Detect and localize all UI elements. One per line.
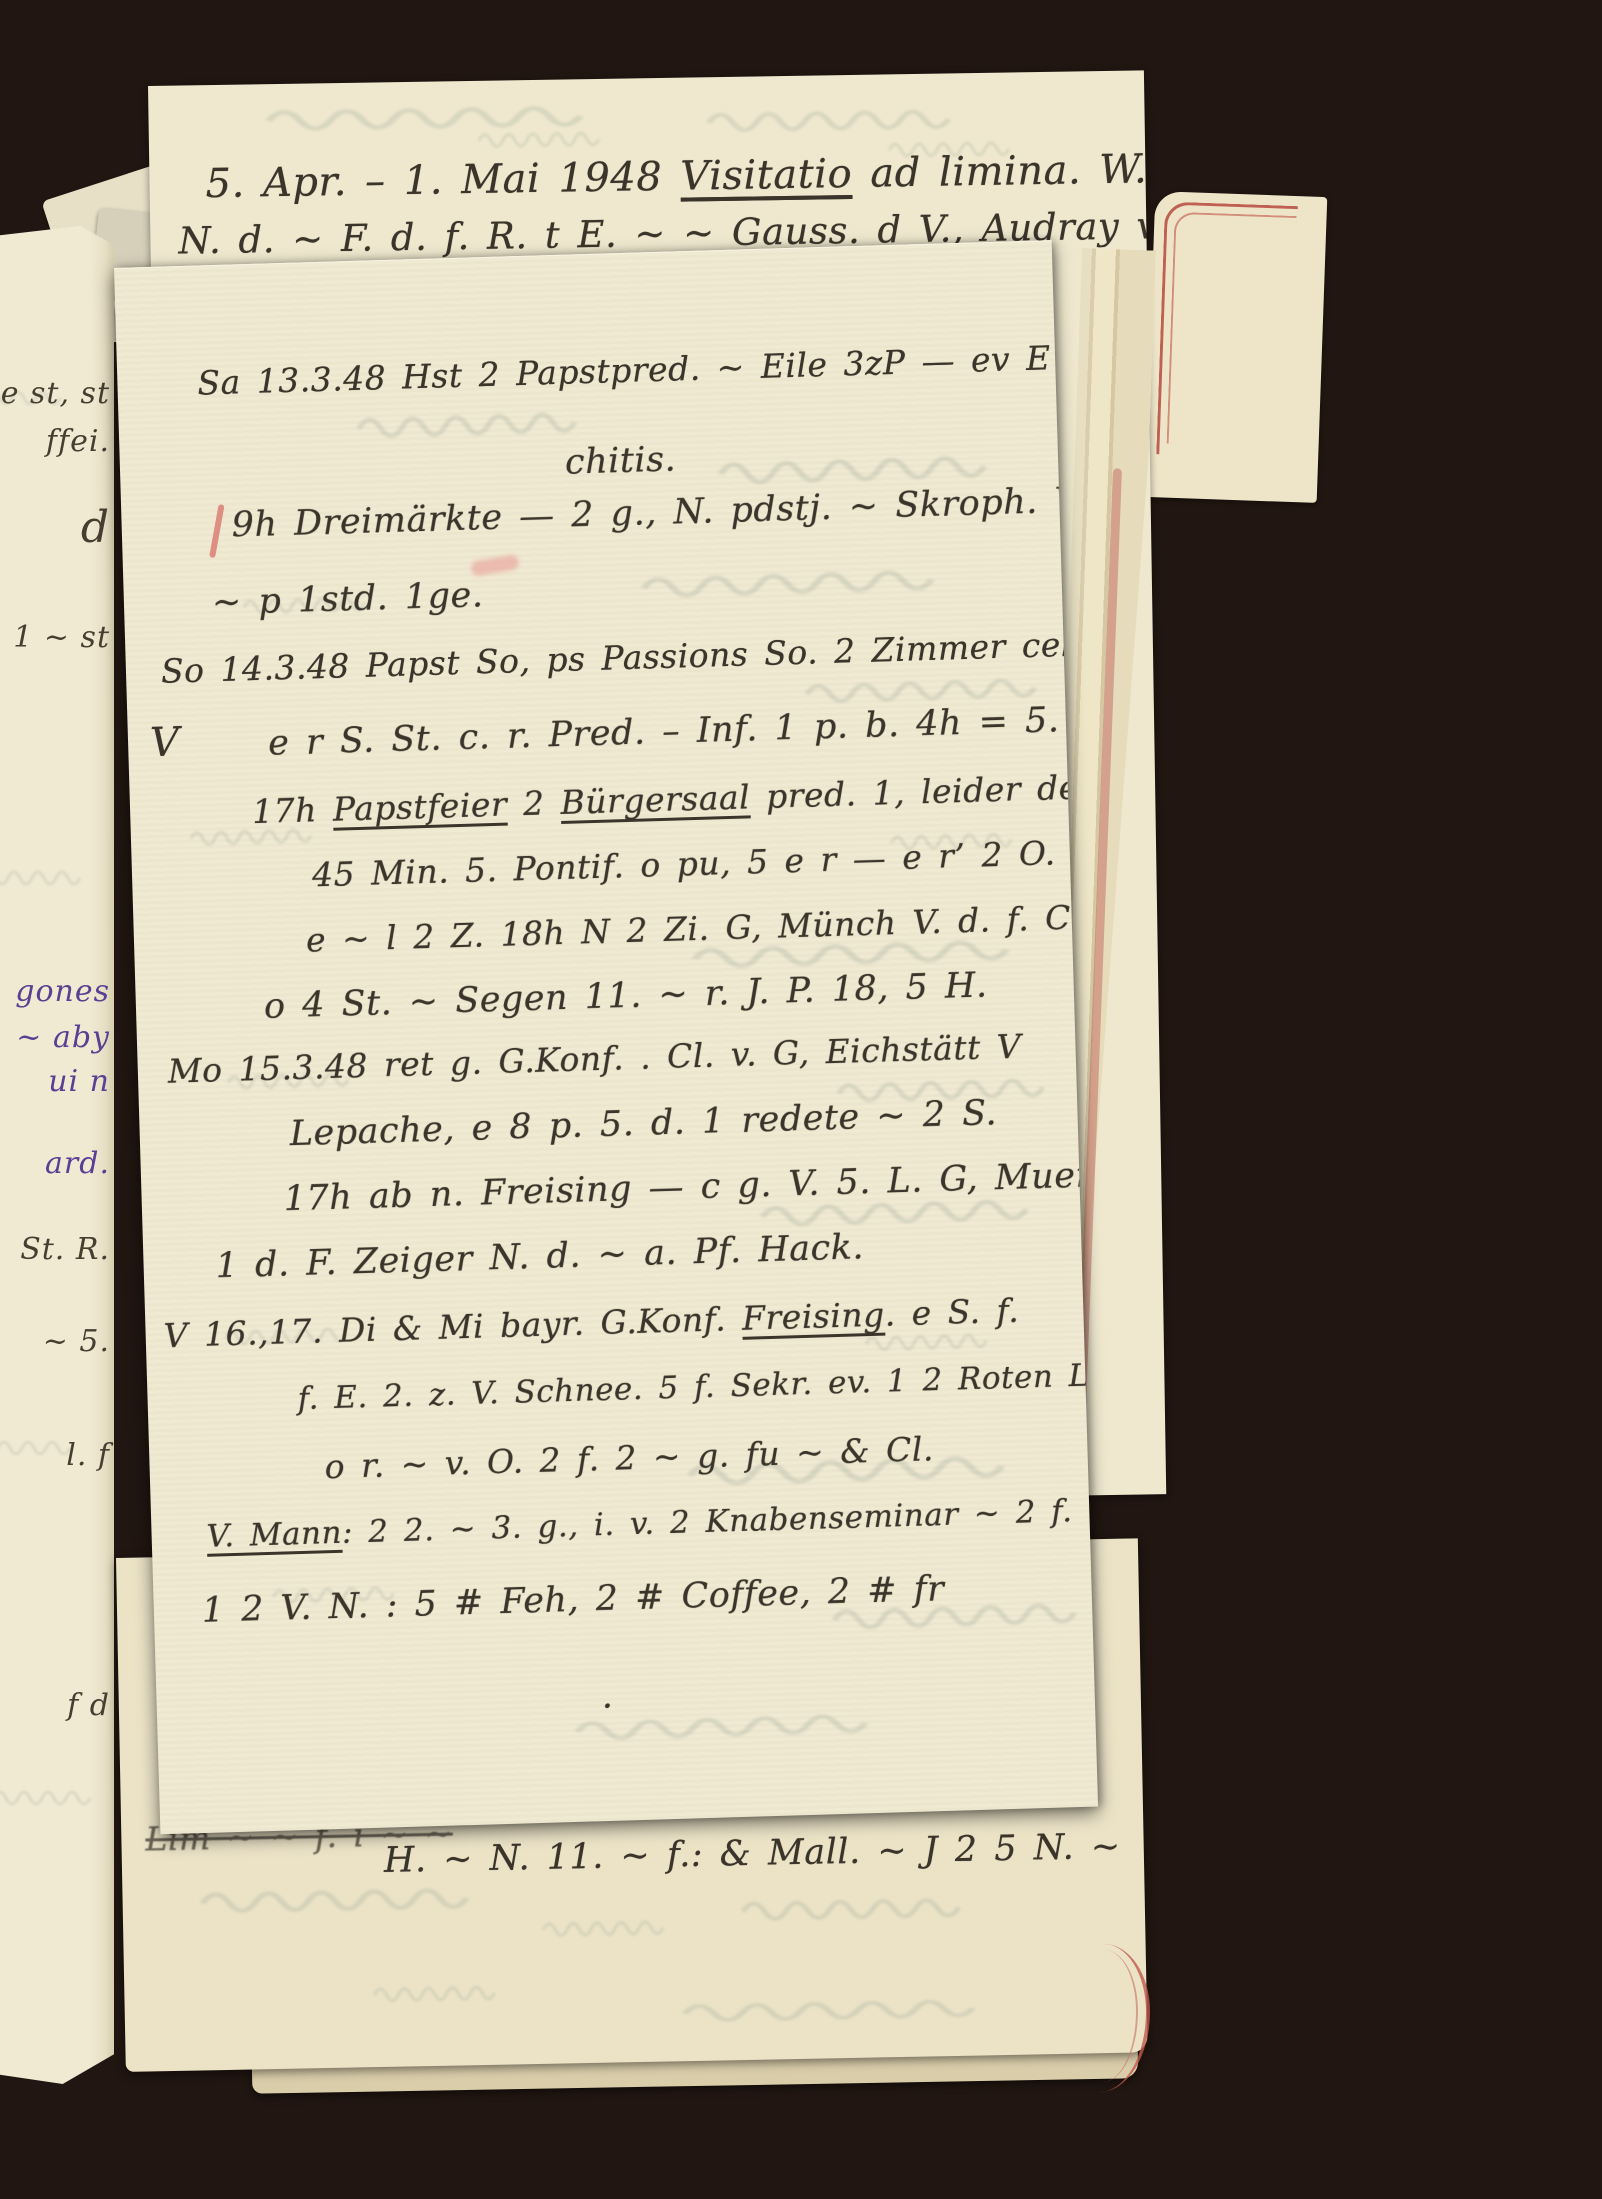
handwriting-fragment-purple: ui n xyxy=(48,1064,110,1099)
handwriting-fragment: e st, st xyxy=(1,376,110,411)
handwriting-fragment: ffei. xyxy=(46,424,110,459)
entry-v-mann: V. Mann: 2 2. ~ 3. g., i. v. 2 Knabensem… xyxy=(206,1491,1098,1555)
diary-text-underlined: Freising xyxy=(741,1295,885,1338)
diary-text: ad limina. W.d xyxy=(852,146,1167,197)
red-edged-page-corner xyxy=(1145,191,1328,503)
handwriting-fragment: l. f xyxy=(66,1438,110,1473)
red-pencil-mark xyxy=(209,504,225,558)
handwriting-fragment-purple: ~ aby xyxy=(16,1020,110,1055)
entry-line: o r. ~ v. O. 2 f. 2 ~ g. fu ~ & Cl. xyxy=(324,1429,934,1486)
ink-dot: · xyxy=(601,1687,614,1727)
diary-text: V 16.,17. Di & Mi bayr. G.Konf. xyxy=(163,1299,743,1355)
red-smudge xyxy=(470,554,520,577)
handwriting-fragment-purple: ard. xyxy=(45,1146,110,1181)
diary-text-underlined: Visitatio xyxy=(680,151,852,200)
entry-line: 17h ab n. Freising — c g. V. 5. L. G, Mu… xyxy=(283,1154,1098,1219)
entry-line: 1 d. F. Zeiger N. d. ~ a. Pf. Hack. xyxy=(215,1227,864,1286)
entry-line: o 4 St. ~ Segen 11. ~ r. J. P. 18, 5 H. xyxy=(263,965,988,1026)
diary-text-underlined: V. Mann xyxy=(206,1515,342,1555)
entry-line: 1 2 V. N. : 5 # Feh, 2 # Coffee, 2 # fr xyxy=(201,1569,945,1631)
diary-text: 5. Apr. – 1. Mai 1948 xyxy=(205,154,681,207)
photo-scene: e st, st ffei. d 1 ~ st gones ~ aby ui n… xyxy=(0,0,1602,2199)
diary-text: : 2 2. ~ 3. g., i. v. 2 Knabenseminar ~ … xyxy=(341,1491,1098,1551)
handwriting-fragment: 1 ~ st xyxy=(13,620,110,655)
entry-line: f. E. 2. z. V. Schnee. 5 f. Sekr. ev. 1 … xyxy=(297,1356,1098,1417)
margin-checkmark: V xyxy=(149,719,180,766)
entry-continuation: chitis. xyxy=(564,439,676,482)
entry-sa-13-3-48: Sa 13.3.48 Hst 2 Papstpred. ~ Eile 3zP —… xyxy=(197,335,1098,403)
diary-line-april: 5. Apr. – 1. Mai 1948 Visitatio ad limin… xyxy=(205,146,1166,207)
entry-mo-15-3-48: Mo 15.3.48 ret g. G.Konf. . Cl. v. G, Ei… xyxy=(167,1026,1021,1090)
diary-line-partial: H. ~ N. 11. ~ f.: & Mall. ~ J 2 5 N. ~ xyxy=(383,1827,1120,1881)
left-page-edge: e st, st ffei. d 1 ~ st gones ~ aby ui n… xyxy=(0,226,114,2084)
entry-line: ~ p 1std. 1ge. xyxy=(211,575,484,623)
red-edged-page-corner-bottom xyxy=(1068,1944,1150,2092)
diary-text: . e S. f. xyxy=(884,1291,1020,1334)
entry-line: e ~ l 2 Z. 18h N 2 Zi. G, Münch V. d. f.… xyxy=(305,894,1098,959)
diary-text: 17h xyxy=(252,790,334,831)
entry-line: Lepache, e 8 p. 5. d. 1 redete ~ 2 S. xyxy=(289,1093,997,1154)
entry-so-14-3-48: So 14.3.48 Papst So, ps Passions So. 2 Z… xyxy=(160,622,1098,690)
handwriting-fragment: ~ 5. xyxy=(43,1324,110,1359)
diary-text: 2 xyxy=(507,783,562,824)
diary-text-underlined: Papstfeier xyxy=(332,785,507,829)
handwriting-fragment: f d xyxy=(67,1688,110,1723)
handwriting-fragment: d xyxy=(81,502,110,553)
diary-text-underlined: Bürgersaal xyxy=(560,777,751,822)
diary-text: pred. 1, leider der xyxy=(749,767,1095,816)
diary-page: Sa 13.3.48 Hst 2 Papstpred. ~ Eile 3zP —… xyxy=(114,240,1098,1834)
entry-line: 9h Dreimärkte — 2 g., N. pdstj. ~ Skroph… xyxy=(231,478,1098,545)
entry-line: 45 Min. 5. Pontif. o pu, 5 e r — e r’ 2 … xyxy=(312,829,1099,894)
entry-papstfeier: 17h Papstfeier 2 Bürgersaal pred. 1, lei… xyxy=(252,767,1096,831)
entry-line: e r S. St. c. r. Pred. – Inf. 1 p. b. 4h… xyxy=(268,700,1060,763)
handwriting-fragment: St. R. xyxy=(20,1232,110,1267)
entry-16-17-konf: V 16.,17. Di & Mi bayr. G.Konf. Freising… xyxy=(163,1291,1019,1355)
handwriting-fragment-purple: gones xyxy=(15,974,110,1009)
